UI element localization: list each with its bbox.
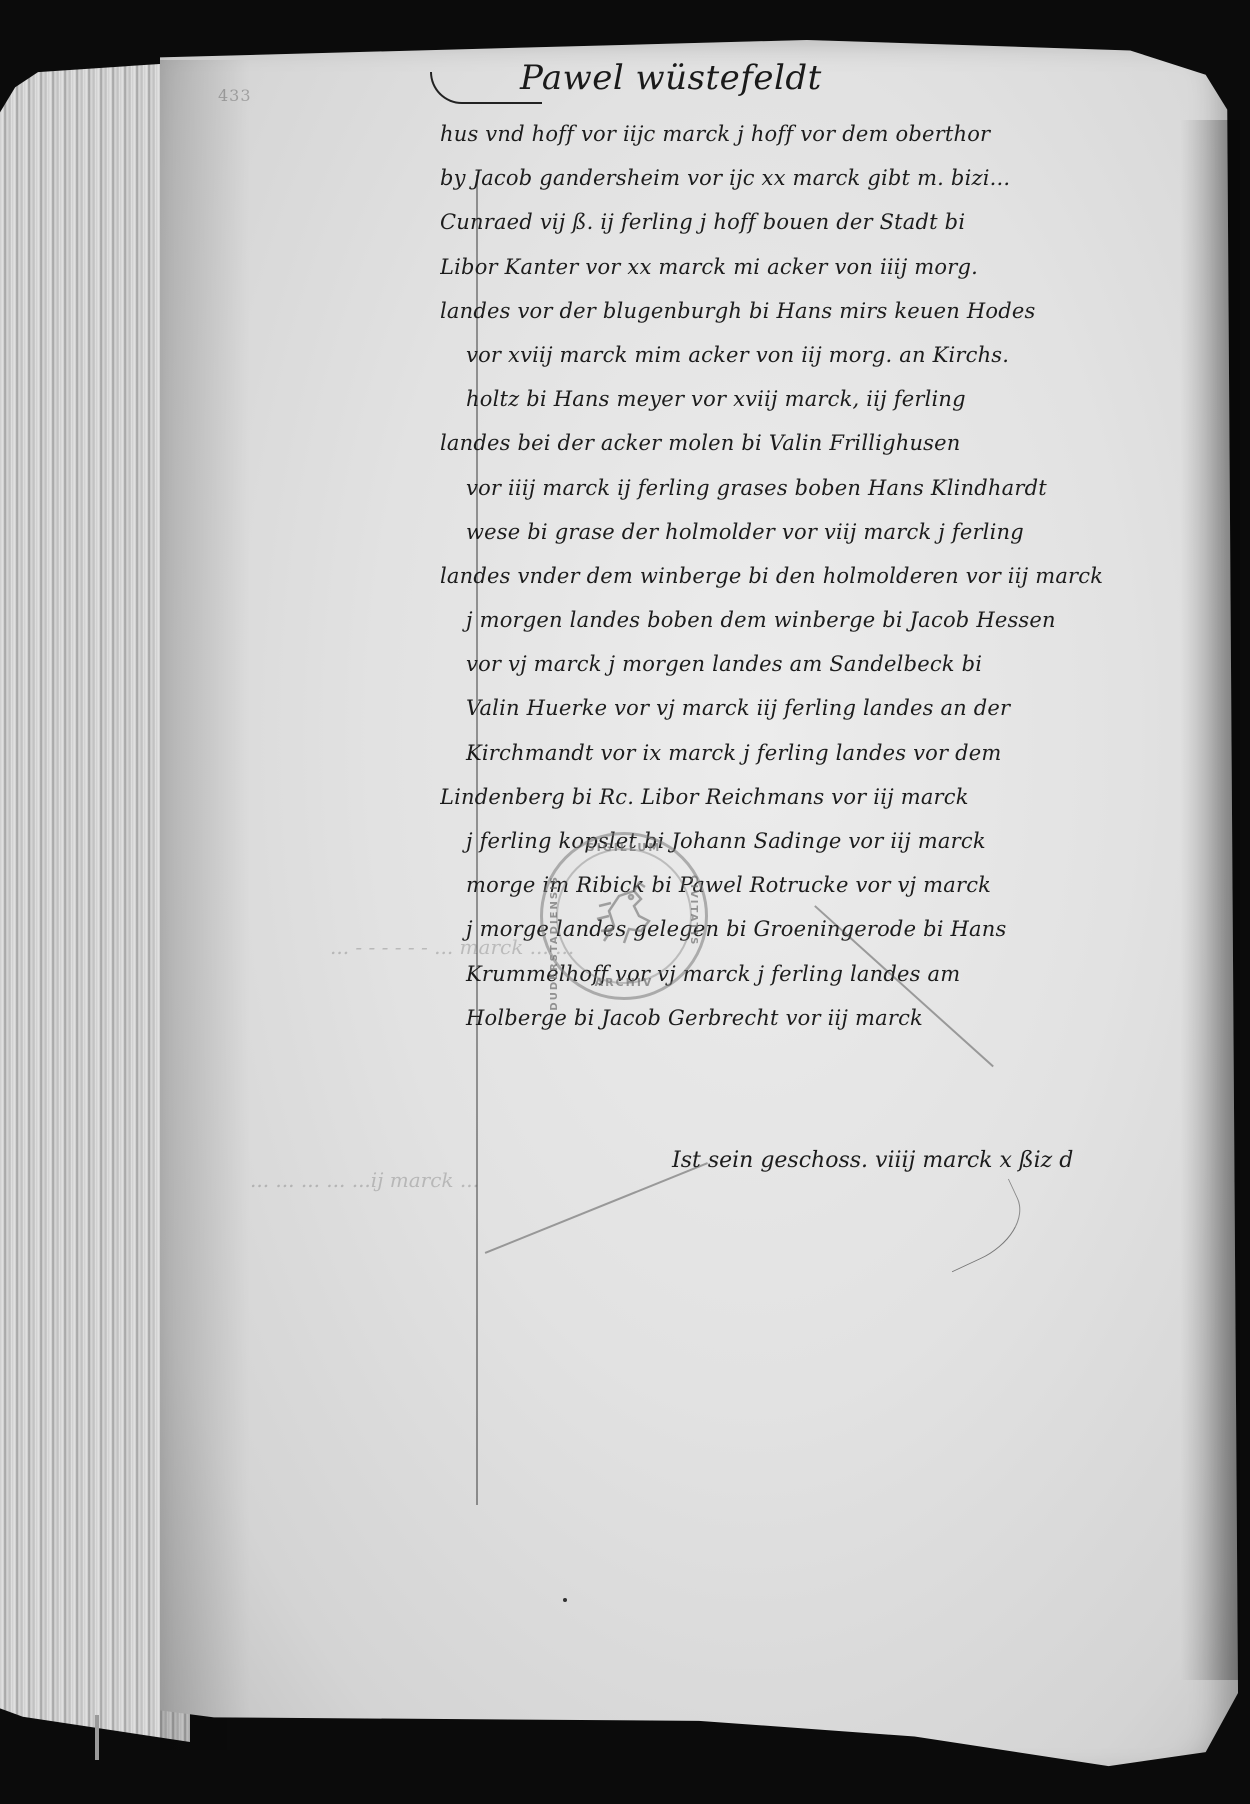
manuscript-line: j morgen landes boben dem winberge bi Ja… xyxy=(440,598,1180,642)
folio-number: 433 xyxy=(218,86,252,105)
manuscript-line: landes vnder dem winberge bi den holmold… xyxy=(440,554,1180,598)
page-curl-shadow xyxy=(1180,120,1240,1680)
ink-speck xyxy=(563,1598,567,1602)
bookmark-ribbon xyxy=(95,1715,99,1760)
bleed-through-text: ... ... ... ... ...ij marck ... xyxy=(250,1168,479,1192)
manuscript-line: Kirchmandt vor ix marck j ferling landes… xyxy=(440,731,1180,775)
manuscript-line: Lindenberg bi Rc. Libor Reichmans vor ii… xyxy=(440,775,1180,819)
manuscript-line: by Jacob gandersheim vor ijc xx marck gi… xyxy=(440,156,1180,200)
manuscript-line: landes vor der blugenburgh bi Hans mirs … xyxy=(440,289,1180,333)
manuscript-line: hus vnd hoff vor iijc marck j hoff vor d… xyxy=(440,112,1180,156)
manuscript-line: wese bi grase der holmolder vor viij mar… xyxy=(440,510,1180,554)
stamp-emblem-frame xyxy=(556,848,692,984)
lion-icon xyxy=(579,871,669,961)
manuscript-line: holtz bi Hans meyer vor xviij marck, iij… xyxy=(440,377,1180,421)
stamp-text-right: CIVITATIS xyxy=(688,875,699,946)
manuscript-line: Cunraed vij ß. ij ferling j hoff bouen d… xyxy=(440,200,1180,244)
manuscript-line: landes bei der acker molen bi Valin Fril… xyxy=(440,421,1180,465)
entry-heading: Pawel wüstefeldt xyxy=(520,58,822,98)
archive-stamp: SIGILLUM DUDERSTADIENSIS CIVITATIS ARCHI… xyxy=(540,832,708,1000)
manuscript-line: vor xviij marck mim acker von iij morg. … xyxy=(440,333,1180,377)
summary-note: Ist sein geschoss. viiij marck x ßiz d xyxy=(672,1148,1073,1173)
stamp-text-top: SIGILLUM xyxy=(543,841,705,854)
manuscript-line: vor vj marck j morgen landes am Sandelbe… xyxy=(440,642,1180,686)
manuscript-line: Libor Kanter vor xx marck mi acker von i… xyxy=(440,245,1180,289)
bleed-through-text: ... - - - - - - ... marck ... ... xyxy=(330,935,574,959)
manuscript-line: vor iiij marck ij ferling grases boben H… xyxy=(440,466,1180,510)
gutter-shadow xyxy=(160,60,250,1750)
manuscript-line: Valin Huerke vor vj marck iij ferling la… xyxy=(440,686,1180,730)
stamp-text-bottom: ARCHIV xyxy=(543,976,705,989)
